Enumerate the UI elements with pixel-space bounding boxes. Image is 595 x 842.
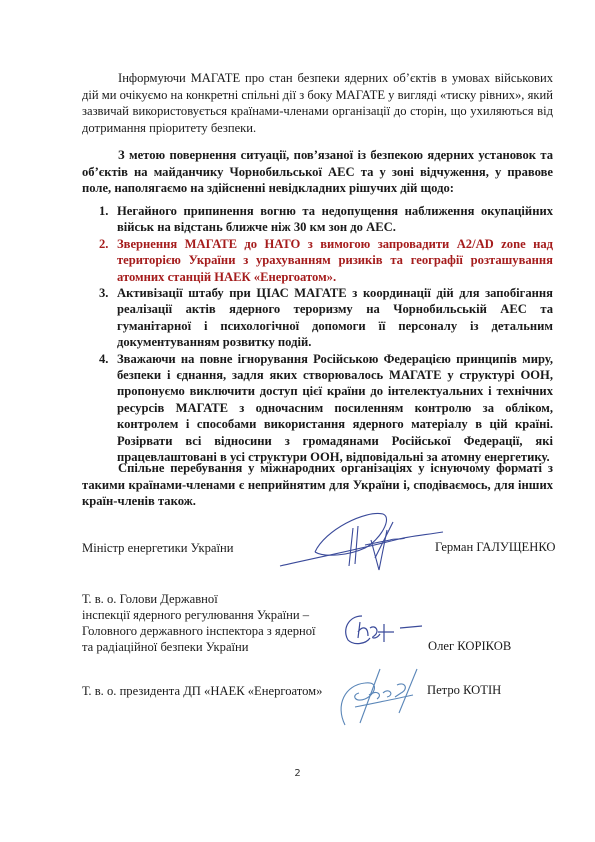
document-page: Інформуючи МАГАТЕ про стан безпеки ядерн… xyxy=(0,0,595,842)
intro-paragraph: Інформуючи МАГАТЕ про стан безпеки ядерн… xyxy=(82,70,553,136)
demand-paragraph: З метою повернення ситуації, пов’язаної … xyxy=(82,147,553,197)
signatory-position: Міністр енергетики України xyxy=(82,541,233,555)
demand-text: Звернення МАГАТЕ до НАТО з вимогою запро… xyxy=(117,237,553,284)
signatory-position-line: Т. в. о. Голови Державної xyxy=(82,591,553,607)
signatory-name: Петро КОТІН xyxy=(427,683,501,698)
demand-item-2-highlighted: 2. Звернення МАГАТЕ до НАТО з вимогою за… xyxy=(82,236,553,285)
signatory-name: Герман ГАЛУЩЕНКО xyxy=(435,540,556,555)
demand-number: 1. xyxy=(99,203,108,219)
signature-kotin-icon xyxy=(325,665,425,730)
signatory-position-line: Головного державного інспектора з ядерно… xyxy=(82,623,553,639)
demand-item-4: 4. Зважаючи на повне ігнорування Російсь… xyxy=(82,351,553,466)
demand-item-1: 1. Негайного припинення вогню та недопущ… xyxy=(82,203,553,236)
demands-list: 1. Негайного припинення вогню та недопущ… xyxy=(82,203,553,466)
demand-number: 2. xyxy=(99,236,108,252)
demand-item-3: 3. Активізації штабу при ЦІАС МАГАТЕ з к… xyxy=(82,285,553,351)
signatory-position: Т. в. о. президента ДП «НАЕК «Енергоатом… xyxy=(82,684,322,698)
demand-text: Зважаючи на повне ігнорування Російською… xyxy=(117,352,553,464)
page-number: 2 xyxy=(0,768,595,779)
signatory-position-line: інспекції ядерного регулювання України – xyxy=(82,607,553,623)
demand-number: 3. xyxy=(99,285,108,301)
signatory-name: Олег КОРІКОВ xyxy=(428,639,511,654)
demand-text: Негайного припинення вогню та недопущенн… xyxy=(117,204,553,234)
demand-number: 4. xyxy=(99,351,108,367)
signature-korikov-icon xyxy=(340,610,430,650)
demand-text: Активізації штабу при ЦІАС МАГАТЕ з коор… xyxy=(117,286,553,349)
signature-galushchenko-icon xyxy=(275,500,445,580)
